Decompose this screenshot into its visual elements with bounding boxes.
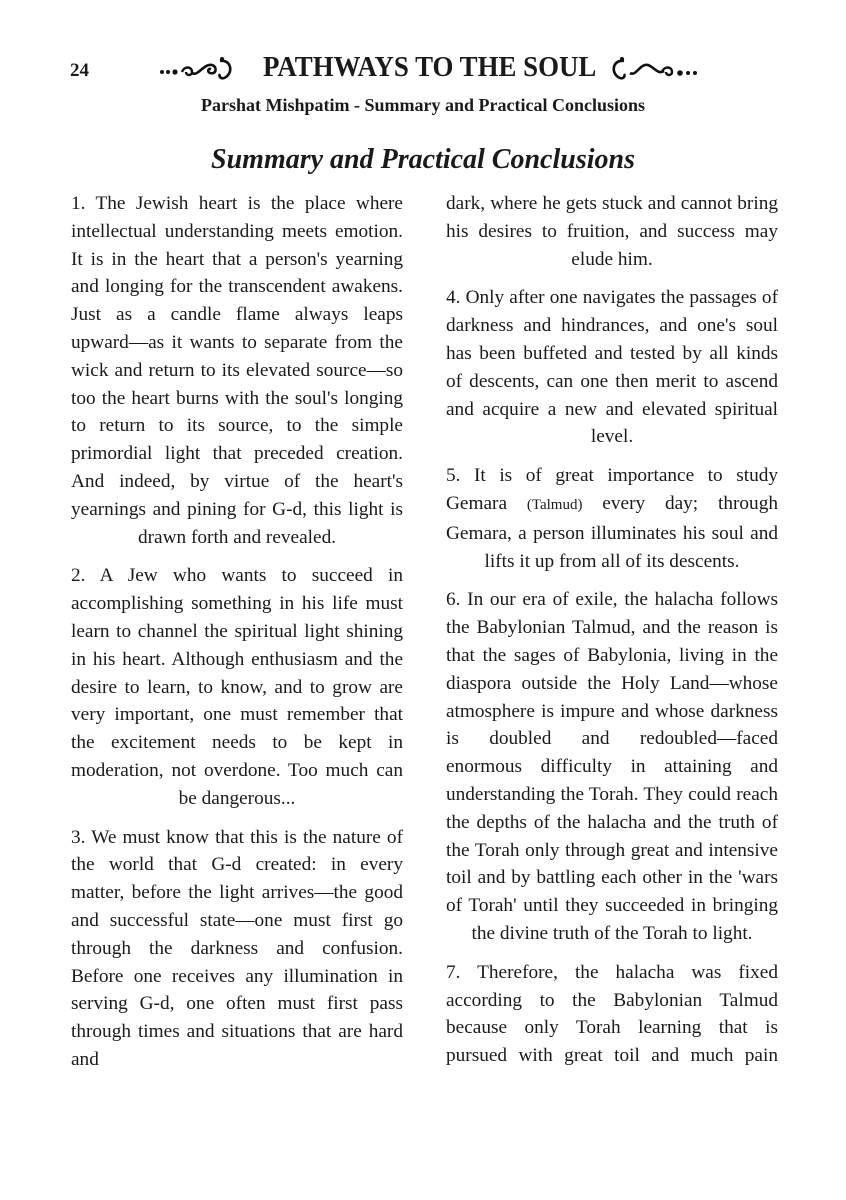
paragraph-4: 4. Only after one navigates the passages… bbox=[446, 284, 778, 451]
paragraph-5: 5. It is of great importance to study Ge… bbox=[446, 462, 778, 575]
paragraph-7: 7. Therefore, the halacha was fixed acco… bbox=[446, 959, 778, 1070]
running-title: PATHWAYS TO THE SOUL bbox=[263, 52, 596, 84]
running-head: PATHWAYS TO THE SOUL bbox=[130, 52, 730, 84]
talmud-gloss: (Talmud) bbox=[527, 497, 583, 513]
flourish-ornament-left-icon bbox=[158, 55, 250, 81]
page-number: 24 bbox=[70, 60, 89, 82]
chapter-subtitle: Parshat Mishpatim - Summary and Practica… bbox=[0, 95, 846, 116]
paragraph-3-continued: dark, where he gets stuck and cannot bri… bbox=[446, 190, 778, 273]
paragraph-1: 1. The Jewish heart is the place where i… bbox=[71, 190, 403, 551]
paragraph-6: 6. In our era of exile, the halacha foll… bbox=[446, 586, 778, 947]
flourish-ornament-right-icon bbox=[610, 55, 702, 81]
paragraph-2: 2. A Jew who wants to succeed in accompl… bbox=[71, 562, 403, 812]
left-column: 1. The Jewish heart is the place where i… bbox=[71, 190, 403, 1085]
paragraph-3: 3. We must know that this is the nature … bbox=[71, 824, 403, 1074]
section-title: Summary and Practical Conclusions bbox=[0, 144, 846, 176]
right-column: dark, where he gets stuck and cannot bri… bbox=[446, 190, 778, 1081]
